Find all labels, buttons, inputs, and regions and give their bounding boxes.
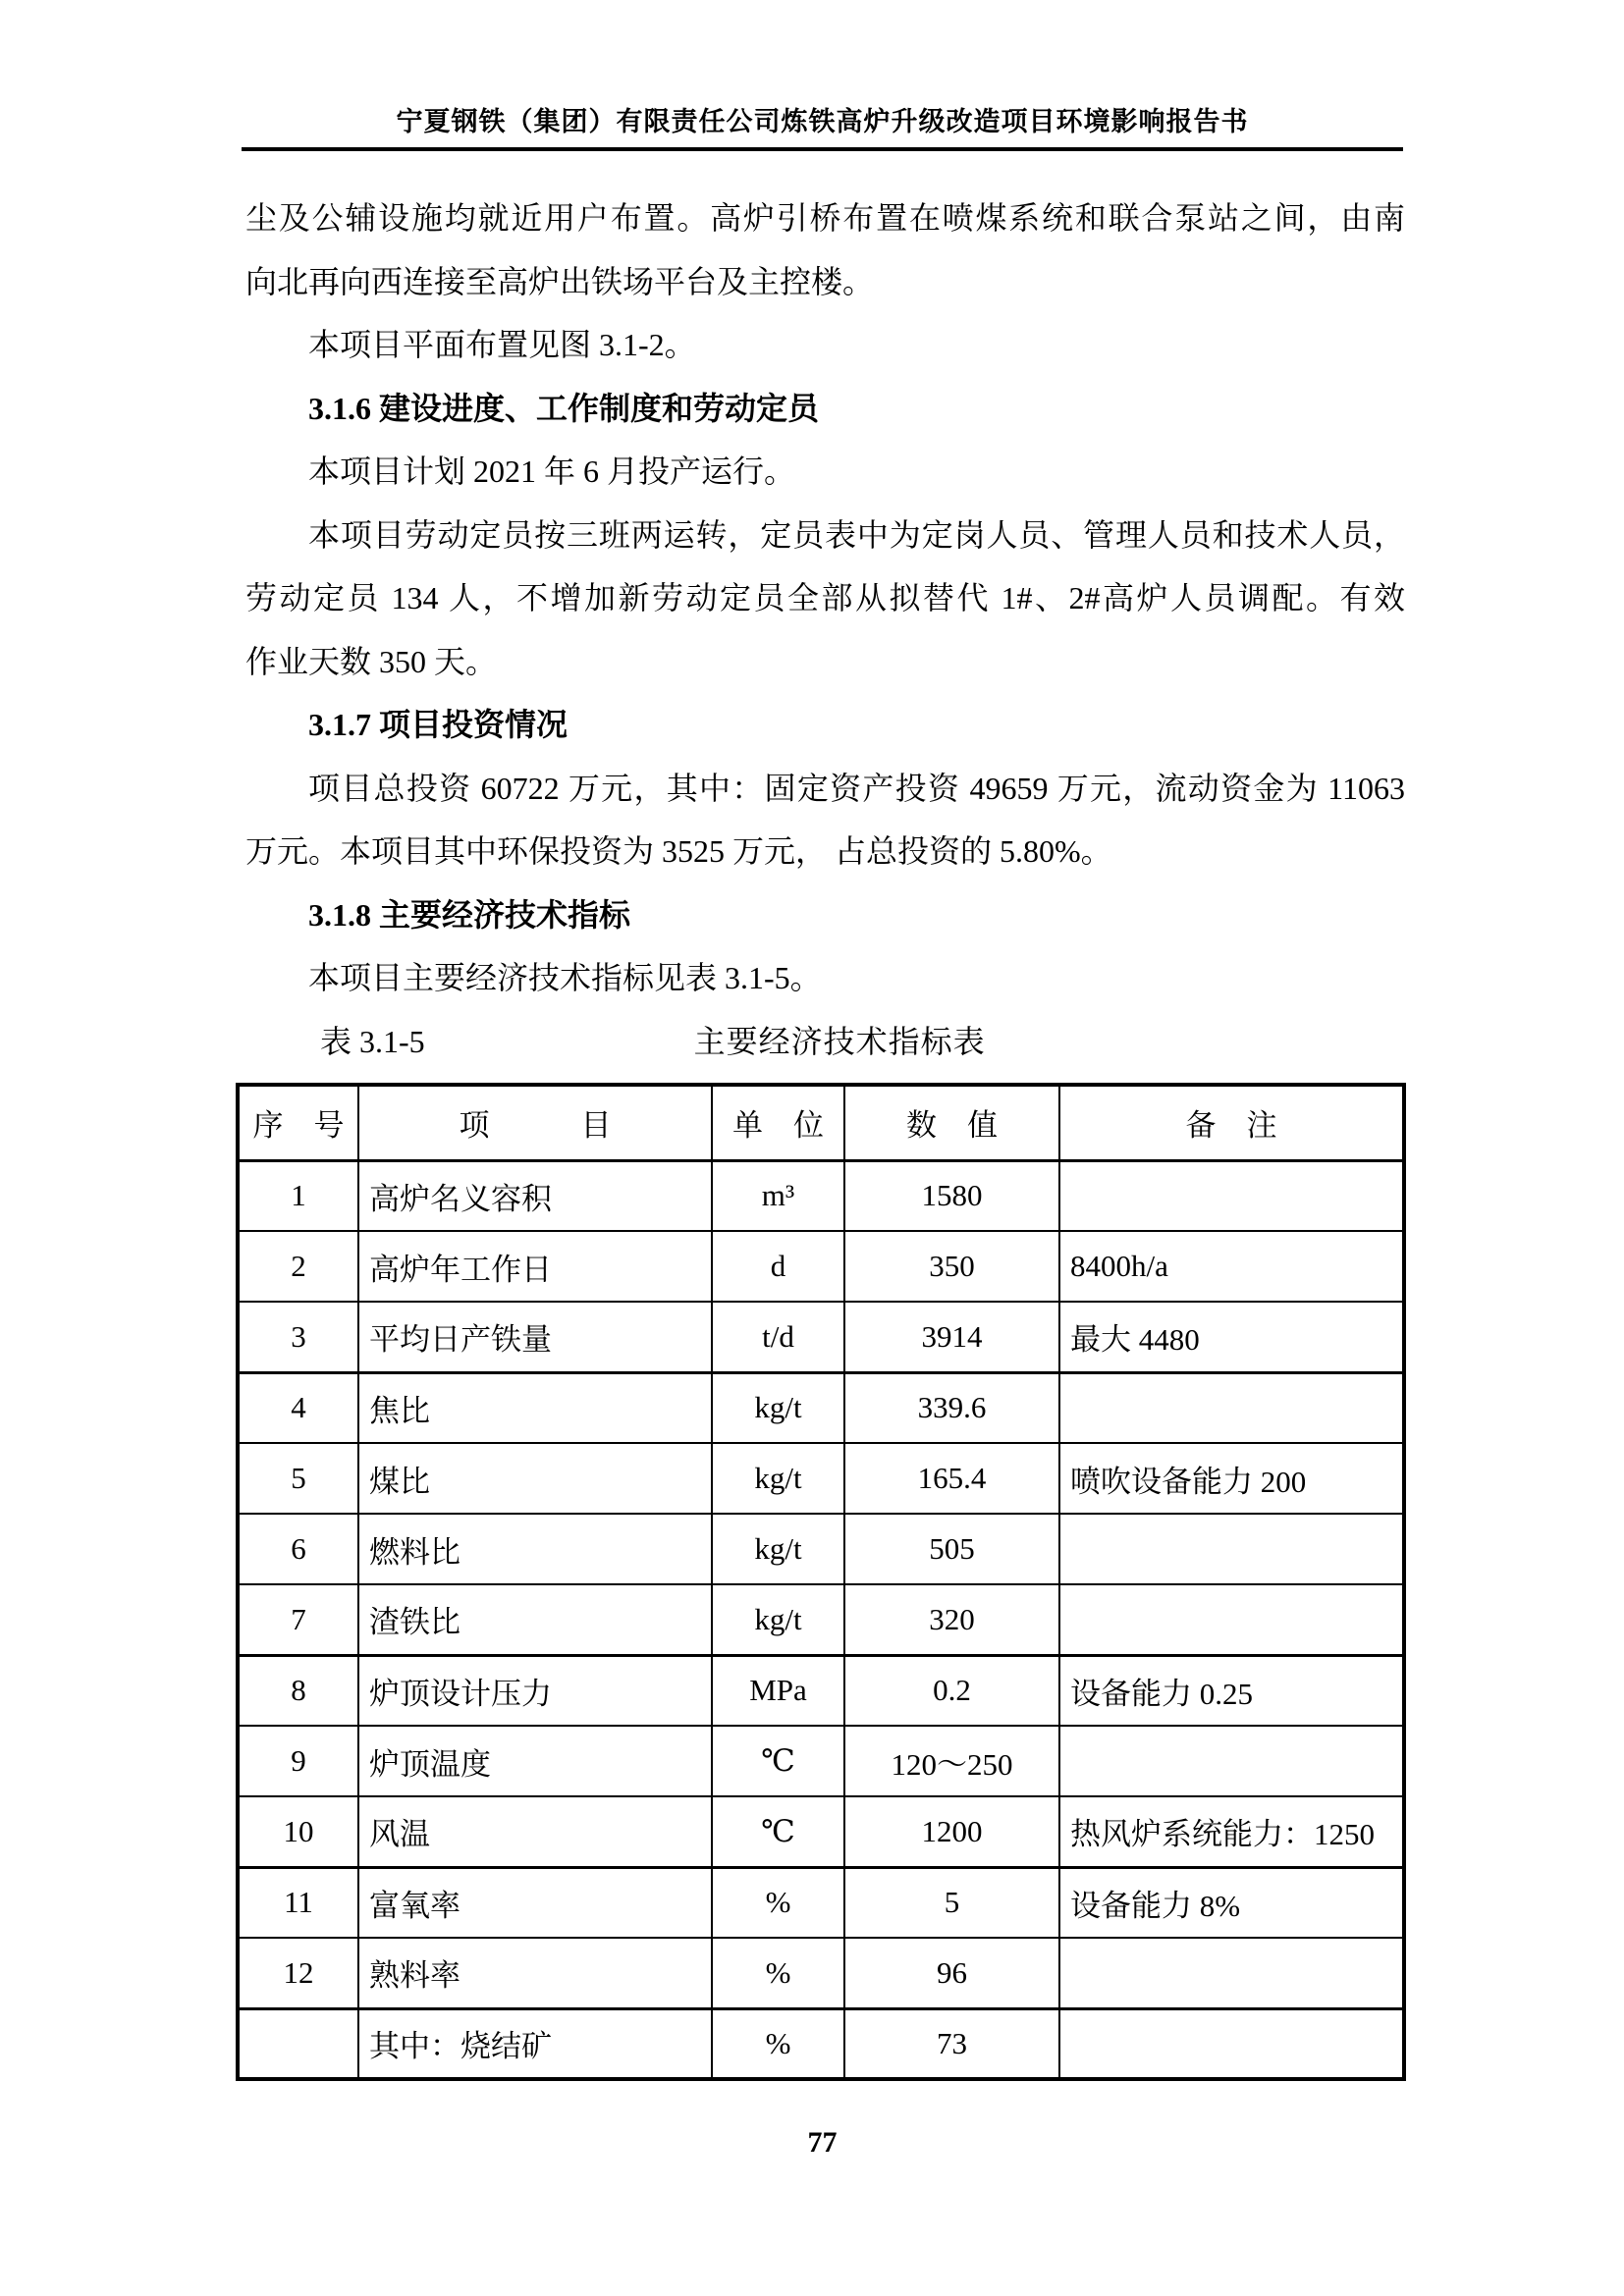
cell-item: 炉顶温度 <box>358 1726 712 1796</box>
table-row: 9 炉顶温度 ℃ 120～250 <box>238 1726 1404 1796</box>
column-header-remark: 备 注 <box>1059 1085 1404 1160</box>
paragraph-line: 劳动定员 134 人，不增加新劳动定员全部从拟替代 1#、2#高炉人员调配。有效 <box>245 566 1405 630</box>
cell-item: 平均日产铁量 <box>358 1302 712 1372</box>
column-header-item: 项 目 <box>358 1085 712 1160</box>
table-caption: 表 3.1-5 主要经济技术指标表 <box>245 1010 1405 1074</box>
cell-item: 焦比 <box>358 1372 712 1443</box>
cell-remark: 最大 4480 <box>1059 1302 1404 1372</box>
cell-value: 96 <box>844 1938 1059 2008</box>
cell-item: 其中：烧结矿 <box>358 2008 712 2079</box>
cell-unit: d <box>712 1231 844 1302</box>
document-body: 尘及公辅设施均就近用户布置。高炉引桥布置在喷煤系统和联合泵站之间，由南 向北再向… <box>245 187 1405 1073</box>
cell-item: 高炉名义容积 <box>358 1160 712 1231</box>
cell-seq: 2 <box>238 1231 358 1302</box>
cell-seq: 7 <box>238 1584 358 1655</box>
cell-seq: 12 <box>238 1938 358 2008</box>
paragraph-line: 尘及公辅设施均就近用户布置。高炉引桥布置在喷煤系统和联合泵站之间，由南 <box>245 187 1405 250</box>
cell-value: 120～250 <box>844 1726 1059 1796</box>
cell-value: 1200 <box>844 1796 1059 1867</box>
cell-remark <box>1059 1160 1404 1231</box>
section-heading-3-1-6: 3.1.6 建设进度、工作制度和劳动定员 <box>245 377 1405 441</box>
cell-seq: 1 <box>238 1160 358 1231</box>
cell-value: 0.2 <box>844 1655 1059 1726</box>
cell-remark: 设备能力 8% <box>1059 1867 1404 1938</box>
cell-value: 350 <box>844 1231 1059 1302</box>
cell-item: 富氧率 <box>358 1867 712 1938</box>
section-heading-3-1-8: 3.1.8 主要经济技术指标 <box>245 883 1405 947</box>
table-row: 4 焦比 kg/t 339.6 <box>238 1372 1404 1443</box>
cell-item: 熟料率 <box>358 1938 712 2008</box>
column-header-seq: 序 号 <box>238 1085 358 1160</box>
cell-unit: kg/t <box>712 1372 844 1443</box>
cell-unit: t/d <box>712 1302 844 1372</box>
cell-unit: % <box>712 1938 844 2008</box>
cell-value: 165.4 <box>844 1443 1059 1514</box>
table-row: 10 风温 ℃ 1200 热风炉系统能力：1250 <box>238 1796 1404 1867</box>
cell-remark <box>1059 1938 1404 2008</box>
table-row: 其中：烧结矿 % 73 <box>238 2008 1404 2079</box>
cell-unit: ℃ <box>712 1796 844 1867</box>
paragraph-line: 向北再向西连接至高炉出铁场平台及主控楼。 <box>245 250 1405 314</box>
cell-value: 3914 <box>844 1302 1059 1372</box>
column-header-unit: 单 位 <box>712 1085 844 1160</box>
paragraph-line: 项目总投资 60722 万元，其中：固定资产投资 49659 万元，流动资金为 … <box>245 757 1405 821</box>
cell-value: 339.6 <box>844 1372 1059 1443</box>
table-caption-label: 表 3.1-5 <box>320 1010 425 1074</box>
paragraph-line: 本项目劳动定员按三班两运转，定员表中为定岗人员、管理人员和技术人员， <box>245 504 1405 567</box>
paragraph-line: 万元。本项目其中环保投资为 3525 万元， 占总投资的 5.80%。 <box>245 820 1405 883</box>
cell-seq: 4 <box>238 1372 358 1443</box>
paragraph-line: 作业天数 350 天。 <box>245 630 1405 694</box>
paragraph-line: 本项目平面布置见图 3.1-2。 <box>245 313 1405 377</box>
table-row: 11 富氧率 % 5 设备能力 8% <box>238 1867 1404 1938</box>
cell-unit: kg/t <box>712 1584 844 1655</box>
document-page: { "colors": { "background": "#ffffff", "… <box>0 0 1624 2296</box>
paragraph-line: 本项目计划 2021 年 6 月投产运行。 <box>245 440 1405 504</box>
cell-remark <box>1059 1584 1404 1655</box>
cell-value: 5 <box>844 1867 1059 1938</box>
header-rule <box>242 147 1403 151</box>
page-header-title: 宁夏钢铁（集团）有限责任公司炼铁高炉升级改造项目环境影响报告书 <box>242 100 1403 138</box>
table-row: 3 平均日产铁量 t/d 3914 最大 4480 <box>238 1302 1404 1372</box>
cell-seq <box>238 2008 358 2079</box>
cell-remark <box>1059 1726 1404 1796</box>
table-header-row: 序 号 项 目 单 位 数 值 备 注 <box>238 1085 1404 1160</box>
cell-unit: ℃ <box>712 1726 844 1796</box>
cell-seq: 3 <box>238 1302 358 1372</box>
cell-unit: MPa <box>712 1655 844 1726</box>
cell-remark: 8400h/a <box>1059 1231 1404 1302</box>
cell-unit: kg/t <box>712 1443 844 1514</box>
cell-remark <box>1059 1514 1404 1584</box>
table-row: 6 燃料比 kg/t 505 <box>238 1514 1404 1584</box>
cell-unit: % <box>712 2008 844 2079</box>
cell-item: 风温 <box>358 1796 712 1867</box>
cell-value: 1580 <box>844 1160 1059 1231</box>
cell-remark: 喷吹设备能力 200 <box>1059 1443 1404 1514</box>
cell-value: 505 <box>844 1514 1059 1584</box>
cell-remark: 设备能力 0.25 <box>1059 1655 1404 1726</box>
cell-item: 煤比 <box>358 1443 712 1514</box>
cell-seq: 11 <box>238 1867 358 1938</box>
table-row: 12 熟料率 % 96 <box>238 1938 1404 2008</box>
cell-seq: 10 <box>238 1796 358 1867</box>
page-number: 77 <box>242 2126 1403 2160</box>
table-row: 7 渣铁比 kg/t 320 <box>238 1584 1404 1655</box>
table-row: 1 高炉名义容积 m³ 1580 <box>238 1160 1404 1231</box>
economic-indicator-table: 序 号 项 目 单 位 数 值 备 注 1 高炉名义容积 m³ 1580 2 高… <box>236 1083 1406 2081</box>
cell-remark <box>1059 2008 1404 2079</box>
cell-value: 73 <box>844 2008 1059 2079</box>
table-row: 8 炉顶设计压力 MPa 0.2 设备能力 0.25 <box>238 1655 1404 1726</box>
cell-unit: m³ <box>712 1160 844 1231</box>
cell-item: 炉顶设计压力 <box>358 1655 712 1726</box>
cell-item: 燃料比 <box>358 1514 712 1584</box>
cell-unit: % <box>712 1867 844 1938</box>
section-heading-3-1-7: 3.1.7 项目投资情况 <box>245 693 1405 757</box>
column-header-value: 数 值 <box>844 1085 1059 1160</box>
cell-remark: 热风炉系统能力：1250 <box>1059 1796 1404 1867</box>
cell-value: 320 <box>844 1584 1059 1655</box>
cell-remark <box>1059 1372 1404 1443</box>
table-caption-title: 主要经济技术指标表 <box>694 1010 986 1074</box>
table-row: 5 煤比 kg/t 165.4 喷吹设备能力 200 <box>238 1443 1404 1514</box>
cell-seq: 6 <box>238 1514 358 1584</box>
cell-item: 高炉年工作日 <box>358 1231 712 1302</box>
cell-item: 渣铁比 <box>358 1584 712 1655</box>
cell-seq: 8 <box>238 1655 358 1726</box>
cell-unit: kg/t <box>712 1514 844 1584</box>
cell-seq: 9 <box>238 1726 358 1796</box>
table-row: 2 高炉年工作日 d 350 8400h/a <box>238 1231 1404 1302</box>
paragraph-line: 本项目主要经济技术指标见表 3.1-5。 <box>245 946 1405 1010</box>
cell-seq: 5 <box>238 1443 358 1514</box>
